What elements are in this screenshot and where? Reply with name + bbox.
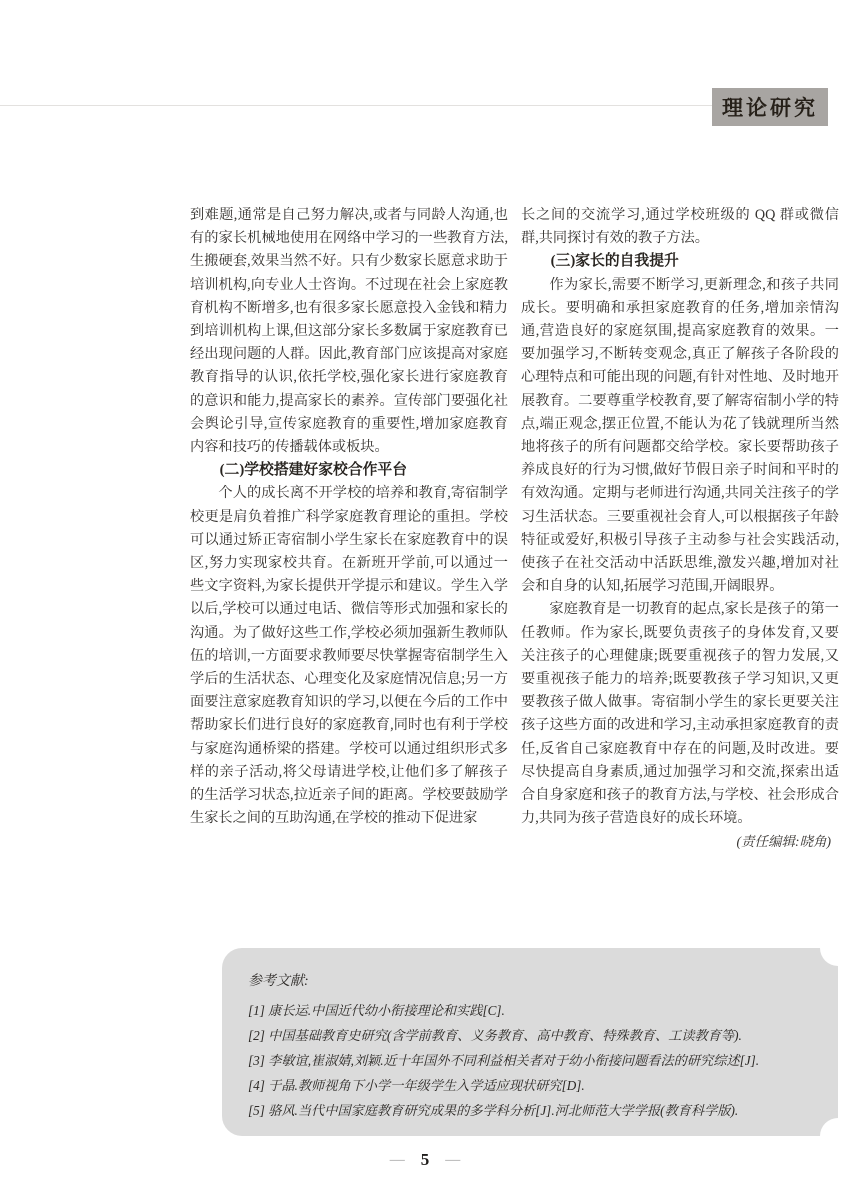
section-tag: 理论研究	[712, 88, 828, 126]
right-column: 长之间的交流学习,通过学校班级的 QQ 群或微信群,共同探讨有效的教子方法。 (…	[521, 204, 839, 854]
footer-dash: —	[390, 1152, 405, 1169]
editor-note: (责任编辑:晓角)	[521, 830, 839, 853]
page-number: 5	[421, 1150, 430, 1170]
section-heading-2: (二)学校搭建好家校合作平台	[190, 459, 508, 482]
reference-item: [5] 骆风.当代中国家庭教育研究成果的多学科分析[J].河北师范大学学报(教育…	[248, 1098, 820, 1123]
references-box: 参考文献: [1] 康长运.中国近代幼小衔接理论和实践[C]. [2] 中国基础…	[222, 948, 838, 1136]
page-footer: — 5 —	[0, 1150, 850, 1170]
paragraph: 作为家长,需要不断学习,更新理念,和孩子共同成长。要明确和承担家庭教育的任务,增…	[521, 274, 839, 599]
corner-notch-icon	[820, 1118, 850, 1154]
paragraph: 家庭教育是一切教育的起点,家长是孩子的第一任教师。作为家长,既要负责孩子的身体发…	[521, 598, 839, 830]
reference-item: [4] 于晶.教师视角下小学一年级学生入学适应现状研究[D].	[248, 1073, 820, 1098]
footer-dash: —	[445, 1152, 460, 1169]
header-divider	[0, 105, 714, 106]
reference-item: [1] 康长运.中国近代幼小衔接理论和实践[C].	[248, 998, 820, 1023]
paragraph-continuation: 长之间的交流学习,通过学校班级的 QQ 群或微信群,共同探讨有效的教子方法。	[521, 204, 839, 250]
reference-item: [3] 李敏谊,崔淑婧,刘颖.近十年国外不同利益相关者对于幼小衔接问题看法的研究…	[248, 1048, 820, 1073]
reference-item: [2] 中国基础教育史研究(含学前教育、义务教育、高中教育、特殊教育、工读教育等…	[248, 1023, 820, 1048]
corner-notch-icon	[820, 930, 850, 966]
paragraph: 个人的成长离不开学校的培养和教育,寄宿制学校更是肩负着推广科学家庭教育理论的重担…	[190, 482, 508, 830]
left-column: 到难题,通常是自己努力解决,或者与同龄人沟通,也有的家长机械地使用在网络中学习的…	[190, 204, 508, 830]
section-heading-3: (三)家长的自我提升	[521, 250, 839, 273]
references-title: 参考文献:	[248, 970, 820, 990]
paragraph-continuation: 到难题,通常是自己努力解决,或者与同龄人沟通,也有的家长机械地使用在网络中学习的…	[190, 204, 508, 459]
journal-page: 理论研究 到难题,通常是自己努力解决,或者与同龄人沟通,也有的家长机械地使用在网…	[0, 0, 850, 1196]
